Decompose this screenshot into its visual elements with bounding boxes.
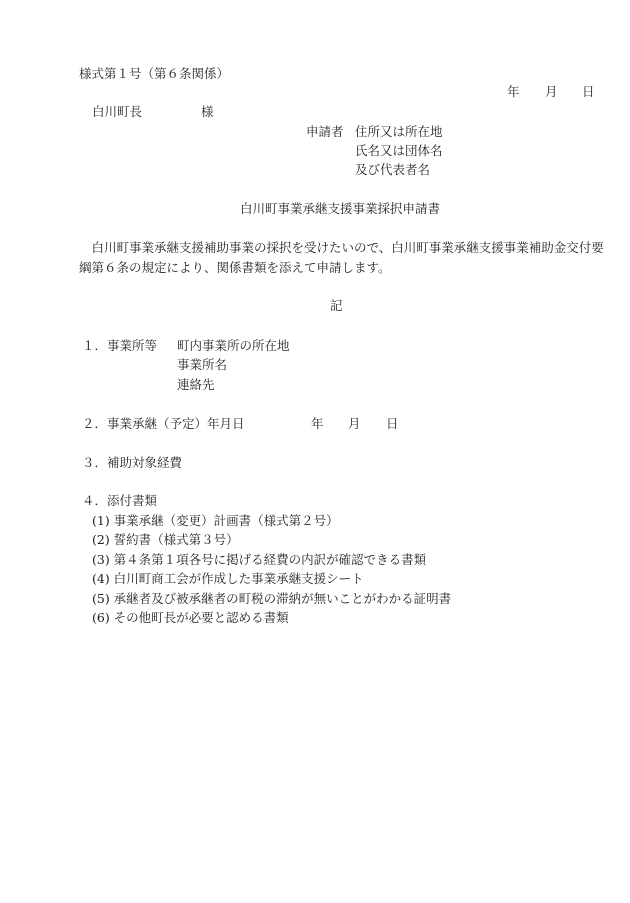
item2-month: 月: [348, 416, 361, 432]
item1-label: １．事業所等: [82, 338, 157, 354]
body-line-2: 綱第６条の規定により、関係書類を添えて申請します。: [79, 260, 391, 276]
applicant-label: 申請者: [306, 124, 344, 140]
item1-field-contact: 連絡先: [177, 377, 215, 393]
item1-field-location: 町内事業所の所在地: [177, 338, 290, 354]
addressee-honorific: 様: [201, 104, 214, 120]
attachment-item: (3) 第４条第１項各号に掲げる経費の内訳が確認できる書類: [92, 552, 426, 568]
document-title: 白川町事業承継支援事業採択申請書: [240, 201, 440, 217]
date-month: 月: [545, 84, 558, 100]
attachment-item: (1) 事業承継（変更）計画書（様式第２号）: [92, 513, 339, 529]
attachment-item: (5) 承継者及び被承継者の町税の滞納が無いことがわかる証明書: [92, 591, 451, 607]
form-label: 様式第１号（第６条関係）: [79, 66, 229, 82]
item2-label: ２．事業承継（予定）年月日: [82, 416, 245, 432]
item4-label: ４．添付書類: [82, 493, 157, 509]
applicant-address: 住所又は所在地: [355, 124, 443, 140]
ki-heading: 記: [330, 298, 343, 314]
date-year: 年: [507, 84, 520, 100]
attachment-item: (4) 白川町商工会が作成した事業承継支援シート: [92, 571, 364, 587]
item3-label: ３．補助対象経費: [82, 455, 182, 471]
item2-day: 日: [386, 416, 399, 432]
addressee-name: 白川町長: [92, 104, 142, 120]
date-day: 日: [582, 84, 595, 100]
applicant-representative: 及び代表者名: [355, 162, 430, 178]
item1-field-office-name: 事業所名: [177, 357, 227, 373]
attachment-item: (6) その他町長が必要と認める書類: [92, 610, 289, 626]
applicant-name: 氏名又は団体名: [355, 143, 443, 159]
item2-year: 年: [311, 416, 324, 432]
attachment-item: (2) 誓約書（様式第３号）: [92, 532, 239, 548]
body-line-1: 白川町事業承継支援補助事業の採択を受けたいので、白川町事業承継支援事業補助金交付…: [79, 240, 604, 256]
